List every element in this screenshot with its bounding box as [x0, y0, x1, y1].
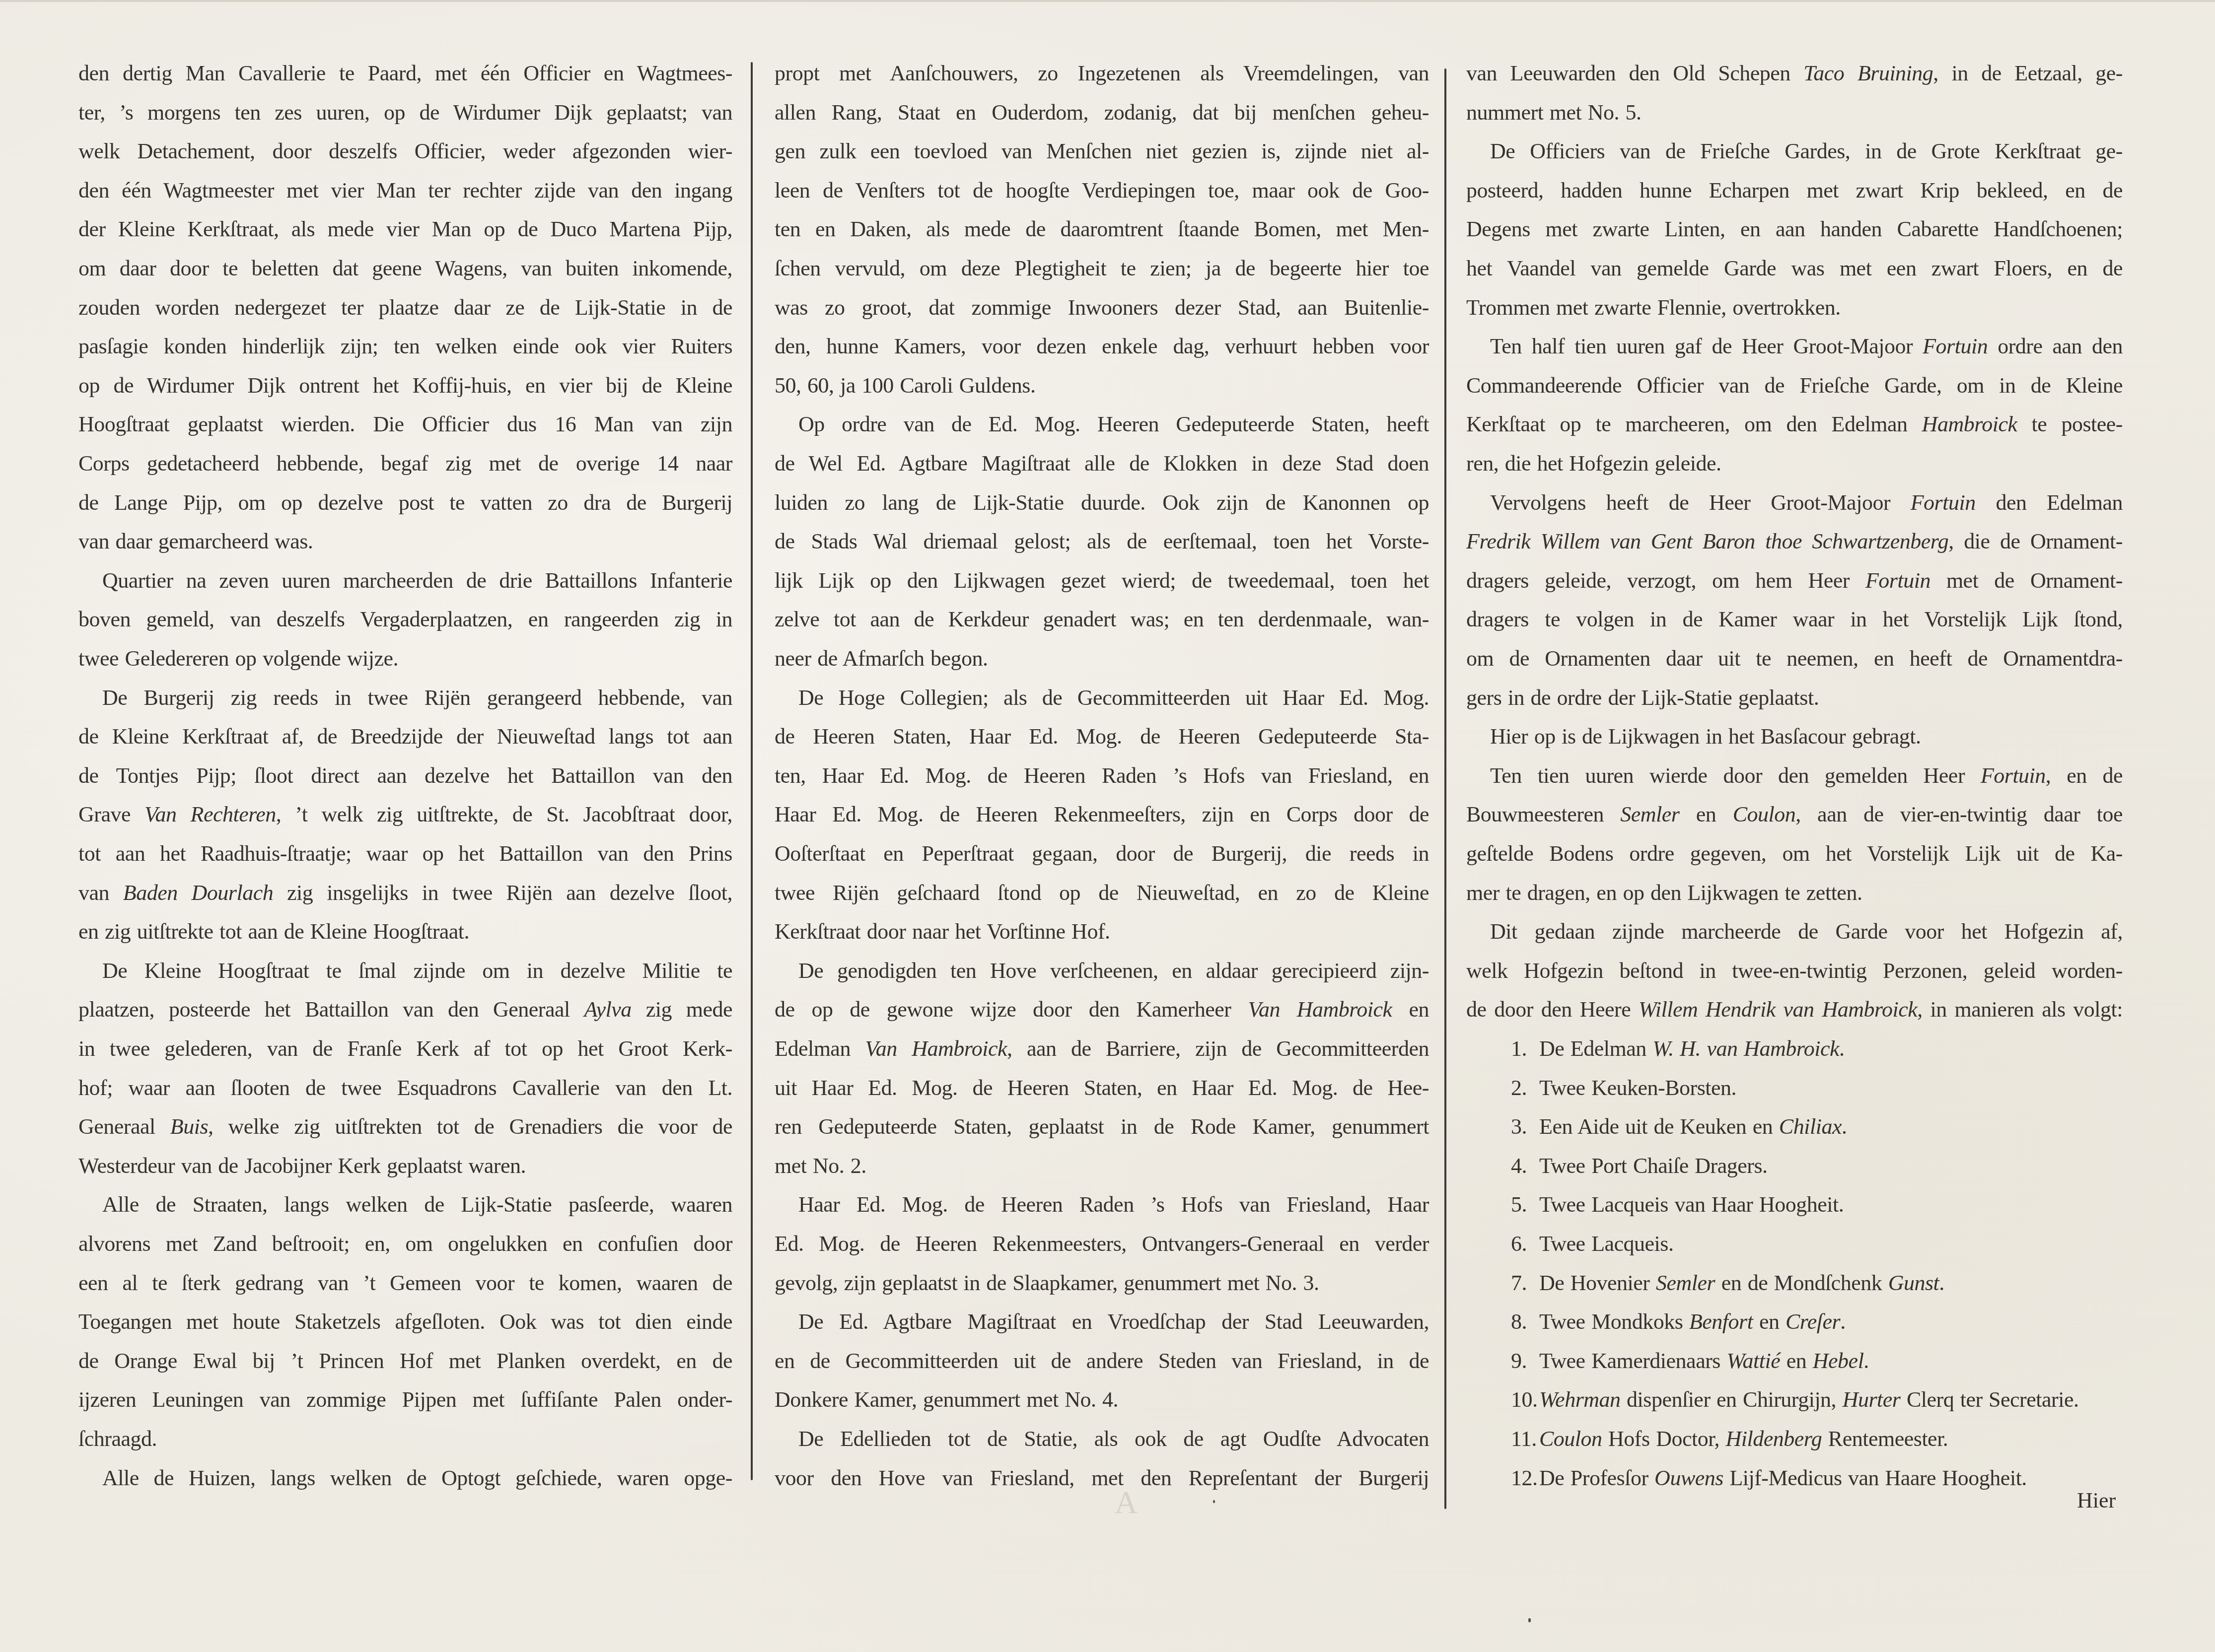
text-run: welk Hofgezin beſtond in twee-en-twintig… — [1466, 959, 2123, 983]
text-run: . — [1840, 1309, 1846, 1334]
text-run: Twee Kamerdienaars — [1539, 1349, 1726, 1373]
italic-name: Hebel — [1813, 1349, 1864, 1373]
text-run: alvorens met Zand beſtrooit; en, om onge… — [78, 1232, 732, 1256]
text-line: Toegangen met houte Staketzels afgeſlote… — [78, 1307, 732, 1337]
text-run: welk Detachement, door deszelfs Officier… — [78, 139, 732, 163]
text-run: zig mede — [632, 997, 732, 1022]
text-run: uit Haar Ed. Mog. de Heeren Staten, en H… — [775, 1076, 1429, 1100]
text-line: Westerdeur van de Jacobijner Kerk geplaa… — [78, 1151, 732, 1181]
text-run: boven gemeld, van deszelfs Vergaderplaat… — [78, 607, 732, 631]
text-line: Trommen met zwarte Flennie, overtrokken. — [1466, 293, 2123, 323]
text-run: de Orange Ewal bij ’t Princen Hof met Pl… — [78, 1349, 732, 1373]
italic-name: Buis — [170, 1114, 208, 1139]
text-run: de Tontjes Pijp; ſloot direct aan dezelv… — [78, 763, 732, 788]
text-run: , welke zig uitſtrekten tot de Grenadier… — [208, 1114, 732, 1139]
text-run: zouden worden nedergezet ter plaatze daa… — [78, 295, 732, 320]
text-line: der Kleine Kerkſtraat, als mede vier Man… — [78, 214, 732, 244]
text-line: de op de gewone wijze door den Kamerheer… — [775, 995, 1429, 1025]
column-divider-right — [1444, 69, 1446, 1509]
text-run: dragers te volgen in de Kamer waar in he… — [1466, 607, 2123, 631]
list-item: 6.Twee Lacqueis. — [1511, 1229, 2123, 1259]
printed-page: A den dertig Man Cavallerie te Paard, me… — [0, 0, 2215, 1652]
italic-name: Ouwens — [1654, 1466, 1723, 1490]
text-run: met No. 2. — [775, 1154, 866, 1178]
text-line: den één Wagtmeester met vier Man ter rec… — [78, 176, 732, 206]
italic-name: Coulon — [1539, 1427, 1602, 1451]
text-run: een al te ſterk gedrang van ’t Gemeen vo… — [78, 1271, 732, 1295]
text-run: , en de — [2046, 763, 2123, 788]
text-line: nummert met No. 5. — [1466, 98, 2123, 128]
text-line: luiden zo lang de Lijk-Statie duurde. Oo… — [775, 488, 1429, 518]
text-run: het Vaandel van gemelde Garde was met ee… — [1466, 256, 2123, 280]
text-run: was zo groot, dat zommige Inwooners deze… — [775, 295, 1429, 320]
text-run: Corps gedetacheerd hebbende, begaf zig m… — [78, 451, 732, 476]
text-run: ten en Daken, als mede de daaromtrent ſt… — [775, 217, 1429, 241]
text-line: zouden worden nedergezet ter plaatze daa… — [78, 293, 732, 323]
text-run: Alle de Huizen, langs welken de Optogt g… — [102, 1466, 732, 1490]
text-run: allen Rang, Staat en Ouderdom, zodanig, … — [775, 100, 1429, 125]
text-run: Twee Lacqueis van Haar Hoogheit. — [1539, 1192, 1844, 1217]
text-line: Alle de Huizen, langs welken de Optogt g… — [102, 1463, 732, 1493]
text-run: Twee Keuken-Borsten. — [1539, 1076, 1736, 1100]
italic-name: Fortuin — [1981, 763, 2046, 788]
text-run: leen de Venſters tot de hoogſte Verdiepi… — [775, 178, 1429, 203]
text-line: het Vaandel van gemelde Garde was met ee… — [1466, 254, 2123, 283]
italic-name: Chiliax — [1779, 1114, 1842, 1139]
italic-name: Fortuin — [1911, 490, 1976, 515]
italic-name: Wattié — [1726, 1349, 1780, 1373]
italic-name: Coulon — [1733, 802, 1796, 826]
italic-name: Semler — [1656, 1271, 1715, 1295]
list-number: 11. — [1511, 1424, 1539, 1454]
text-line: de Kleine Kerkſtraat af, de Breedzijde d… — [78, 722, 732, 752]
text-run: Westerdeur van de Jacobijner Kerk geplaa… — [78, 1154, 526, 1178]
text-run: op de Wirdumer Dijk ontrent het Koffij-h… — [78, 373, 732, 398]
text-line: welk Hofgezin beſtond in twee-en-twintig… — [1466, 956, 2123, 986]
text-line: twee Rijën geſchaard ſtond op de Nieuweſ… — [775, 878, 1429, 908]
text-line: ten en Daken, als mede de daaromtrent ſt… — [775, 214, 1429, 244]
text-run: de Wel Ed. Agtbare Magiſtraat alle de Kl… — [775, 451, 1429, 476]
text-run: te postee- — [2017, 412, 2123, 436]
italic-name: Benfort — [1689, 1309, 1753, 1334]
text-run: ter, ’s morgens ten zes uuren, op de Wir… — [78, 100, 732, 125]
italic-name: Fortuin — [1923, 334, 1988, 358]
text-line: gevolg, zijn geplaatst in de Slaapkamer,… — [775, 1268, 1429, 1298]
text-line: Kerkſtraat door naar het Vorſtinne Hof. — [775, 917, 1429, 947]
text-run: , in manieren als volgt: — [1917, 997, 2123, 1022]
text-line: ijzeren Leuningen van zommige Pijpen met… — [78, 1385, 732, 1415]
text-run: tot aan het Raadhuis-ſtraatje; waar op h… — [78, 841, 732, 866]
text-run: gers in de ordre der Lijk-Statie geplaat… — [1466, 686, 1819, 710]
text-run: Kerkſtraat door naar het Vorſtinne Hof. — [775, 919, 1110, 944]
text-run: ordre aan den — [1988, 334, 2123, 358]
text-run: hof; waar aan ſlooten de twee Esquadrons… — [78, 1076, 732, 1100]
list-number: 1. — [1511, 1034, 1539, 1064]
text-run: , aan de vier-en-twintig daar toe — [1795, 802, 2123, 826]
text-line: Hier op is de Lijkwagen in het Basſacour… — [1490, 722, 2123, 752]
text-line: welk Detachement, door deszelfs Officier… — [78, 137, 732, 166]
italic-name: Creſer — [1786, 1309, 1840, 1334]
text-line: Alle de Straaten, langs welken de Lijk-S… — [102, 1190, 732, 1220]
text-line: en zig uitſtrekte tot aan de Kleine Hoog… — [78, 917, 732, 947]
text-run: Dit gedaan zijnde marcheerde de Garde vo… — [1490, 919, 2123, 944]
text-run: Toegangen met houte Staketzels afgeſlote… — [78, 1309, 732, 1334]
text-line: ter, ’s morgens ten zes uuren, op de Wir… — [78, 98, 732, 128]
text-run: om daar door te beletten dat geene Wagen… — [78, 256, 732, 280]
text-run: . — [1863, 1349, 1869, 1373]
text-run: ſchraagd. — [78, 1427, 157, 1451]
text-run: De Profesſor — [1539, 1466, 1654, 1490]
text-line: De Burgerij zig reeds in twee Rijën gera… — [102, 683, 732, 713]
text-line: den, hunne Kamers, voor dezen enkele dag… — [775, 332, 1429, 361]
text-run: , ’t welk zig uitſtrekte, de St. Jacobſt… — [276, 802, 732, 826]
text-line: gen zulk een toevloed van Menſchen niet … — [775, 137, 1429, 166]
text-run: Ed. Mog. de Heeren Rekenmeesters, Ontvan… — [775, 1232, 1429, 1256]
italic-name: Fredrik Willem van Gent Baron thoe Schwa… — [1466, 529, 1948, 553]
text-line: plaatzen, posteerde het Battaillon van d… — [78, 995, 732, 1025]
text-run: Twee Mondkoks — [1539, 1309, 1689, 1334]
text-run: en — [1753, 1309, 1786, 1334]
text-line: De Officiers van de Frieſche Gardes, in … — [1490, 137, 2123, 166]
text-line: van daar gemarcheerd was. — [78, 527, 732, 556]
text-line: pasſagie konden hinderlijk zijn; ten wel… — [78, 332, 732, 361]
text-line: een al te ſterk gedrang van ’t Gemeen vo… — [78, 1268, 732, 1298]
text-run: ijzeren Leuningen van zommige Pijpen met… — [78, 1387, 732, 1412]
text-run: en de Mondſchenk — [1715, 1271, 1888, 1295]
italic-name: Gunst — [1888, 1271, 1939, 1295]
text-run: neer de Afmarſch begon. — [775, 646, 988, 671]
text-line: Ooſterſtaat en Peperſtraat gegaan, door … — [775, 839, 1429, 869]
text-run: en — [1679, 802, 1732, 826]
text-run: van — [78, 881, 123, 905]
text-line: zelve tot aan de Kerkdeur genadert was; … — [775, 605, 1429, 634]
text-run: Vervolgens heeft de Heer Groot-Majoor — [1490, 490, 1911, 515]
ink-speck — [1528, 1618, 1531, 1622]
text-run: lijk Lijk op den Lijkwagen gezet wierd; … — [775, 568, 1429, 593]
text-line: Quartier na zeven uuren marcheerden de d… — [102, 566, 732, 596]
text-line: de Lange Pijp, om op dezelve post te vat… — [78, 488, 732, 518]
text-line: Fredrik Willem van Gent Baron thoe Schwa… — [1466, 527, 2123, 556]
text-run: . — [1839, 1036, 1845, 1061]
text-line: Haar Ed. Mog. de Heeren Rekenmeeſters, z… — [775, 800, 1429, 829]
list-item: 12.De Profesſor Ouwens Lijf-Medicus van … — [1511, 1463, 2123, 1493]
text-run: , in de Eetzaal, ge- — [1933, 61, 2123, 85]
text-line: posteerd, hadden hunne Echarpen met zwar… — [1466, 176, 2123, 206]
italic-name: Van Hambroick — [865, 1036, 1007, 1061]
text-line: de Stads Wal driemaal gelost; als de eer… — [775, 527, 1429, 556]
text-line: Commandeerende Officier van de Frieſche … — [1466, 371, 2123, 401]
text-line: Haar Ed. Mog. de Heeren Raden ’s Hofs va… — [798, 1190, 1429, 1220]
text-run: zig insgelijks in twee Rijën aan dezelve… — [273, 881, 732, 905]
text-line: Op ordre van de Ed. Mog. Heeren Gedepute… — [798, 410, 1429, 439]
text-run: Quartier na zeven uuren marcheerden de d… — [102, 568, 732, 593]
text-run: Rentemeester. — [1822, 1427, 1948, 1451]
italic-name: Van Rechteren — [144, 802, 276, 826]
italic-name: Van Hambroick — [1248, 997, 1392, 1022]
italic-name: Hildenberg — [1726, 1427, 1822, 1451]
text-run: de Heeren Staten, Haar Ed. Mog. de Heere… — [775, 724, 1429, 749]
text-line: van Baden Dourlach zig insgelijks in twe… — [78, 878, 732, 908]
list-item: 7.De Hovenier Semler en de Mondſchenk Gu… — [1511, 1268, 2123, 1298]
text-run: den dertig Man Cavallerie te Paard, met … — [78, 61, 732, 85]
list-item: 9.Twee Kamerdienaars Wattié en Hebel. — [1511, 1346, 2123, 1376]
text-run: ſchen vervuld, om deze Plegtigheit te zi… — [775, 256, 1429, 280]
list-item: 3.Een Aide uit de Keuken en Chiliax. — [1511, 1112, 2123, 1142]
text-line: voor den Hove van Friesland, met den Rep… — [775, 1463, 1429, 1493]
text-run: de Stads Wal driemaal gelost; als de eer… — [775, 529, 1429, 553]
list-number: 9. — [1511, 1346, 1539, 1376]
italic-name: Semler — [1620, 802, 1679, 826]
italic-name: Wehrman — [1539, 1387, 1621, 1412]
text-line: Generaal Buis, welke zig uitſtrekten tot… — [78, 1112, 732, 1142]
text-line: de door den Heere Willem Hendrik van Ham… — [1466, 995, 2123, 1025]
text-run: gevolg, zijn geplaatst in de Slaapkamer,… — [775, 1271, 1319, 1295]
italic-name: Hambroick — [1922, 412, 2017, 436]
text-run: Generaal — [78, 1114, 170, 1139]
list-number: 3. — [1511, 1112, 1539, 1142]
text-run: luiden zo lang de Lijk-Statie duurde. Oo… — [775, 490, 1429, 515]
text-run: Donkere Kamer, genummert met No. 4. — [775, 1387, 1118, 1412]
text-run: De Edellieden tot de Statie, als ook de … — [798, 1427, 1429, 1451]
text-line: Dit gedaan zijnde marcheerde de Garde vo… — [1490, 917, 2123, 947]
text-run: den, hunne Kamers, voor dezen enkele dag… — [775, 334, 1429, 358]
list-number: 4. — [1511, 1151, 1539, 1181]
text-run: Alle de Straaten, langs welken de Lijk-S… — [102, 1192, 732, 1217]
text-run: Haar Ed. Mog. de Heeren Rekenmeeſters, z… — [775, 802, 1429, 826]
text-run: gen zulk een toevloed van Menſchen niet … — [775, 139, 1429, 163]
text-run: De Kleine Hoogſtraat te ſmal zijnde om i… — [102, 959, 732, 983]
catchword: Hier — [2077, 1486, 2116, 1515]
text-run: De Burgerij zig reeds in twee Rijën gera… — [102, 686, 732, 710]
text-run: geſtelde Bodens ordre gegeven, om het Vo… — [1466, 841, 2123, 866]
text-run: nummert met No. 5. — [1466, 100, 1642, 125]
text-line: Edelman Van Hambroick, aan de Barriere, … — [775, 1034, 1429, 1064]
list-item: 8.Twee Mondkoks Benfort en Creſer. — [1511, 1307, 2123, 1337]
text-line: tot aan het Raadhuis-ſtraatje; waar op h… — [78, 839, 732, 869]
italic-name: Hurter — [1843, 1387, 1901, 1412]
text-line: ſchraagd. — [78, 1424, 732, 1454]
text-run: met de Ornament- — [1930, 568, 2123, 593]
text-line: alvorens met Zand beſtrooit; en, om onge… — [78, 1229, 732, 1259]
text-line: ten, Haar Ed. Mog. de Heeren Raden ’s Ho… — [775, 761, 1429, 791]
list-number: 7. — [1511, 1268, 1539, 1298]
text-run: Ten tien uuren wierde door den gemelden … — [1490, 763, 1981, 788]
text-run: van Leeuwarden den Old Schepen — [1466, 61, 1803, 85]
text-line: ren, die het Hofgezin geleide. — [1466, 449, 2123, 479]
text-line: Corps gedetacheerd hebbende, begaf zig m… — [78, 449, 732, 479]
text-line: gers in de ordre der Lijk-Statie geplaat… — [1466, 683, 2123, 713]
text-line: allen Rang, Staat en Ouderdom, zodanig, … — [775, 98, 1429, 128]
text-line: dragers te volgen in de Kamer waar in he… — [1466, 605, 2123, 634]
text-run: De Ed. Agtbare Magiſtraat en Vroedſchap … — [798, 1309, 1429, 1334]
text-line: Bouwmeesteren Semler en Coulon, aan de v… — [1466, 800, 2123, 829]
list-item: 5.Twee Lacqueis van Haar Hoogheit. — [1511, 1190, 2123, 1220]
text-run: propt met Aanſchouwers, zo Ingezetenen a… — [775, 61, 1429, 85]
italic-name: Aylva — [584, 997, 632, 1022]
text-run: plaatzen, posteerde het Battaillon van d… — [78, 997, 584, 1022]
text-line: om daar door te beletten dat geene Wagen… — [78, 254, 732, 283]
text-run: dragers geleide, verzogt, om hem Heer — [1466, 568, 1865, 593]
text-run: om de Ornamenten daar uit te neemen, en … — [1466, 646, 2123, 671]
italic-name: Fortuin — [1865, 568, 1930, 593]
text-line: Kerkſtaat op te marcheeren, om den Edelm… — [1466, 410, 2123, 439]
list-number: 10. — [1511, 1385, 1539, 1415]
text-line: om de Ornamenten daar uit te neemen, en … — [1466, 644, 2123, 674]
text-run: en zig uitſtrekte tot aan de Kleine Hoog… — [78, 919, 469, 944]
italic-name: Willem Hendrik van Hambroick — [1639, 997, 1917, 1022]
text-line: dragers geleide, verzogt, om hem Heer Fo… — [1466, 566, 2123, 596]
text-run: en — [1392, 997, 1429, 1022]
text-run: den één Wagtmeester met vier Man ter rec… — [78, 178, 732, 203]
text-run: Grave — [78, 802, 144, 826]
text-run: Hofs Doctor, — [1602, 1427, 1726, 1451]
list-number: 12. — [1511, 1463, 1539, 1493]
text-run: de Lange Pijp, om op dezelve post te vat… — [78, 490, 732, 515]
text-line: leen de Venſters tot de hoogſte Verdiepi… — [775, 176, 1429, 206]
text-run: pasſagie konden hinderlijk zijn; ten wel… — [78, 334, 732, 358]
text-run: van daar gemarcheerd was. — [78, 529, 313, 553]
text-run: Hoogſtraat geplaatst wierden. Die Offici… — [78, 412, 732, 436]
text-run: de op de gewone wijze door den Kamerheer — [775, 997, 1248, 1022]
text-run: De Officiers van de Frieſche Gardes, in … — [1490, 139, 2123, 163]
text-run: 50, 60, ja 100 Caroli Guldens. — [775, 373, 1035, 398]
text-line: ren Gedeputeerde Staten, geplaatst in de… — [775, 1112, 1429, 1142]
text-run: Clerq ter Secretarie. — [1900, 1387, 2078, 1412]
text-line: de Orange Ewal bij ’t Princen Hof met Pl… — [78, 1346, 732, 1376]
text-line: in twee gelederen, van de Franſe Kerk af… — [78, 1034, 732, 1064]
text-run: Haar Ed. Mog. de Heeren Raden ’s Hofs va… — [798, 1192, 1429, 1217]
text-run: ren Gedeputeerde Staten, geplaatst in de… — [775, 1114, 1429, 1139]
text-line: de Wel Ed. Agtbare Magiſtraat alle de Kl… — [775, 449, 1429, 479]
text-line: propt met Aanſchouwers, zo Ingezetenen a… — [775, 59, 1429, 88]
text-run: en — [1780, 1349, 1813, 1373]
ink-speck — [1213, 1500, 1215, 1503]
list-item: 2.Twee Keuken-Borsten. — [1511, 1073, 2123, 1103]
text-line: De Hoge Collegien; als de Gecommitteerde… — [798, 683, 1429, 713]
text-run: Hier op is de Lijkwagen in het Basſacour… — [1490, 724, 1921, 749]
italic-name: Baden Dourlach — [123, 881, 273, 905]
text-line: den dertig Man Cavallerie te Paard, met … — [78, 59, 732, 88]
text-run: . — [1939, 1271, 1944, 1295]
text-line: De Ed. Agtbare Magiſtraat en Vroedſchap … — [798, 1307, 1429, 1337]
text-line: ſchen vervuld, om deze Plegtigheit te zi… — [775, 254, 1429, 283]
text-line: Degens met zwarte Linten, en aan handen … — [1466, 214, 2123, 244]
text-line: uit Haar Ed. Mog. de Heeren Staten, en H… — [775, 1073, 1429, 1103]
text-run: de Kleine Kerkſtraat af, de Breedzijde d… — [78, 724, 732, 749]
text-run: en de Gecommitteerden uit de andere Sted… — [775, 1349, 1429, 1373]
list-number: 2. — [1511, 1073, 1539, 1103]
text-run: Ooſterſtaat en Peperſtraat gegaan, door … — [775, 841, 1429, 866]
text-run: Degens met zwarte Linten, en aan handen … — [1466, 217, 2123, 241]
text-run: Op ordre van de Ed. Mog. Heeren Gedepute… — [798, 412, 1429, 436]
text-line: boven gemeld, van deszelfs Vergaderplaat… — [78, 605, 732, 634]
text-run: De Edelman — [1539, 1036, 1652, 1061]
text-run: . — [1842, 1114, 1847, 1139]
list-item: 1.De Edelman W. H. van Hambroick. — [1511, 1034, 2123, 1064]
text-line: was zo groot, dat zommige Inwooners deze… — [775, 293, 1429, 323]
text-line: De genodigden ten Hove verſcheenen, en a… — [798, 956, 1429, 986]
text-run: Twee Lacqueis. — [1539, 1232, 1673, 1256]
text-run: Bouwmeesteren — [1466, 802, 1620, 826]
text-run: Trommen met zwarte Flennie, overtrokken. — [1466, 295, 1841, 320]
text-line: twee Geledereren op volgende wijze. — [78, 644, 732, 674]
italic-name: Taco Bruining — [1803, 61, 1933, 85]
text-line: De Kleine Hoogſtraat te ſmal zijnde om i… — [102, 956, 732, 986]
list-number: 5. — [1511, 1190, 1539, 1220]
text-line: Ed. Mog. de Heeren Rekenmeesters, Ontvan… — [775, 1229, 1429, 1259]
text-run: De Hoge Collegien; als de Gecommitteerde… — [798, 686, 1429, 710]
text-run: posteerd, hadden hunne Echarpen met zwar… — [1466, 178, 2123, 203]
text-run: De genodigden ten Hove verſcheenen, en a… — [798, 959, 1429, 983]
text-run: zelve tot aan de Kerkdeur genadert was; … — [775, 607, 1429, 631]
text-run: twee Rijën geſchaard ſtond op de Nieuweſ… — [775, 881, 1429, 905]
text-run: Een Aide uit de Keuken en — [1539, 1114, 1779, 1139]
text-line: de Tontjes Pijp; ſloot direct aan dezelv… — [78, 761, 732, 791]
text-line: Ten half tien uuren gaf de Heer Groot-Ma… — [1490, 332, 2123, 361]
text-line: De Edellieden tot de Statie, als ook de … — [798, 1424, 1429, 1454]
text-line: Donkere Kamer, genummert met No. 4. — [775, 1385, 1429, 1415]
text-run: Commandeerende Officier van de Frieſche … — [1466, 373, 2123, 398]
text-line: Grave Van Rechteren, ’t welk zig uitſtre… — [78, 800, 732, 829]
text-run: Twee Port Chaiſe Dragers. — [1539, 1154, 1768, 1178]
page-top-edge — [0, 0, 2215, 2]
text-run: Kerkſtaat op te marcheeren, om den Edelm… — [1466, 412, 1922, 436]
text-run: ren, die het Hofgezin geleide. — [1466, 451, 1721, 476]
list-number: 6. — [1511, 1229, 1539, 1259]
text-line: hof; waar aan ſlooten de twee Esquadrons… — [78, 1073, 732, 1103]
text-run: voor den Hove van Friesland, met den Rep… — [775, 1466, 1429, 1490]
text-run: De Hovenier — [1539, 1271, 1656, 1295]
text-run: Lijf-Medicus van Haare Hoogheit. — [1723, 1466, 2027, 1490]
text-run: , aan de Barriere, zijn de Gecommitteerd… — [1007, 1036, 1429, 1061]
text-run: twee Geledereren op volgende wijze. — [78, 646, 398, 671]
text-run: der Kleine Kerkſtraat, als mede vier Man… — [78, 217, 732, 241]
text-line: met No. 2. — [775, 1151, 1429, 1181]
list-item: 10.Wehrman dispenſier en Chirurgijn, Hur… — [1511, 1385, 2123, 1415]
text-line: Vervolgens heeft de Heer Groot-Majoor Fo… — [1490, 488, 2123, 518]
text-line: geſtelde Bodens ordre gegeven, om het Vo… — [1466, 839, 2123, 869]
text-line: neer de Afmarſch begon. — [775, 644, 1429, 674]
text-run: de door den Heere — [1466, 997, 1639, 1022]
text-run: Edelman — [775, 1036, 865, 1061]
text-line: de Heeren Staten, Haar Ed. Mog. de Heere… — [775, 722, 1429, 752]
text-line: 50, 60, ja 100 Caroli Guldens. — [775, 371, 1429, 401]
text-run: den Edelman — [1976, 490, 2123, 515]
list-number: 8. — [1511, 1307, 1539, 1337]
text-line: mer te dragen, en op den Lijkwagen te ze… — [1466, 878, 2123, 908]
text-run: mer te dragen, en op den Lijkwagen te ze… — [1466, 881, 1862, 905]
text-run: ten, Haar Ed. Mog. de Heeren Raden ’s Ho… — [775, 763, 1429, 788]
column-divider-left — [751, 62, 753, 1480]
text-line: lijk Lijk op den Lijkwagen gezet wierd; … — [775, 566, 1429, 596]
text-line: en de Gecommitteerden uit de andere Sted… — [775, 1346, 1429, 1376]
text-line: Hoogſtraat geplaatst wierden. Die Offici… — [78, 410, 732, 439]
text-run: Ten half tien uuren gaf de Heer Groot-Ma… — [1490, 334, 1923, 358]
text-line: van Leeuwarden den Old Schepen Taco Brui… — [1466, 59, 2123, 88]
list-item: 4.Twee Port Chaiſe Dragers. — [1511, 1151, 2123, 1181]
text-run: dispenſier en Chirurgijn, — [1621, 1387, 1843, 1412]
text-line: Ten tien uuren wierde door den gemelden … — [1490, 761, 2123, 791]
text-run: in twee gelederen, van de Franſe Kerk af… — [78, 1036, 732, 1061]
text-run: , die de Ornament- — [1948, 529, 2123, 553]
list-item: 11.Coulon Hofs Doctor, Hildenberg Rentem… — [1511, 1424, 2123, 1454]
italic-name: W. H. van Hambroick — [1652, 1036, 1839, 1061]
text-line: op de Wirdumer Dijk ontrent het Koffij-h… — [78, 371, 732, 401]
